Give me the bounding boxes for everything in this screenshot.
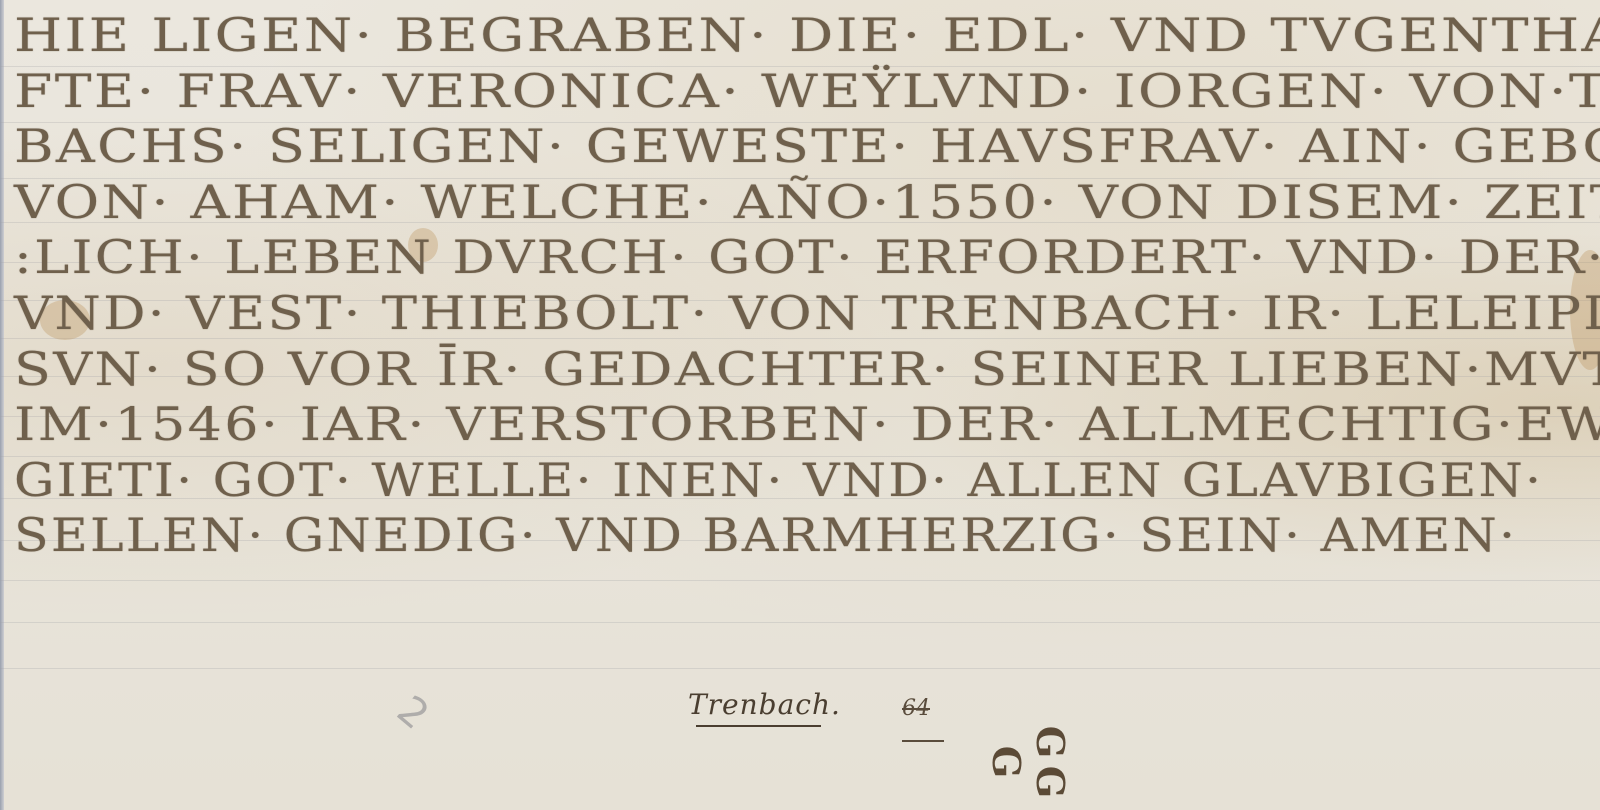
stamp-letter: G xyxy=(1032,726,1068,758)
inscription-line: GIETI· GOT· WELLE· INEN· VND· ALLEN GLAV… xyxy=(14,453,1594,509)
signature-trenbach: Trenbach. xyxy=(688,688,841,721)
inscription-line: :LICH· LEBEN DVRCH· GOT· ERFORDERT· VND·… xyxy=(14,230,1594,286)
inscription-line: FTE· FRAV· VERONICA· WEŸLVND· IORGEN· VO… xyxy=(14,64,1594,120)
stamp-letter: G xyxy=(988,746,1024,778)
stamp-letter: G xyxy=(1032,766,1068,798)
folio-underline xyxy=(902,740,944,742)
manuscript-page: HIE LIGEN· BEGRABEN· DIE· EDL· VND TVGEN… xyxy=(0,0,1600,810)
inscription-line: SVN· SO VOR ĪR· GEDACHTER· SEINER LIEBEN… xyxy=(14,342,1594,398)
inscription-line: SELLEN· GNEDIG· VND BARMHERZIG· SEIN· AM… xyxy=(14,508,1594,564)
inscription-line: IM·1546· IAR· VERSTORBEN· DER· ALLMECHTI… xyxy=(14,397,1594,453)
pencil-annotation: 2 xyxy=(388,687,437,739)
inscription-line: VND· VEST· THIEBOLT· VON TRENBACH· IR· L… xyxy=(14,286,1594,342)
ruled-line xyxy=(0,580,1600,581)
signature-underline xyxy=(696,725,821,727)
inscription-text: HIE LIGEN· BEGRABEN· DIE· EDL· VND TVGEN… xyxy=(14,8,1594,564)
inscription-line: HIE LIGEN· BEGRABEN· DIE· EDL· VND TVGEN… xyxy=(14,8,1594,64)
ruled-line xyxy=(0,622,1600,623)
struck-folio-number: 64 xyxy=(902,696,930,721)
inscription-line: BACHS· SELIGEN· GEWESTE· HAVSFRAV· AIN· … xyxy=(14,119,1594,175)
ruled-line xyxy=(0,668,1600,669)
inscription-line: VON· AHAM· WELCHE· AÑO·1550· VON DISEM· … xyxy=(14,175,1594,231)
